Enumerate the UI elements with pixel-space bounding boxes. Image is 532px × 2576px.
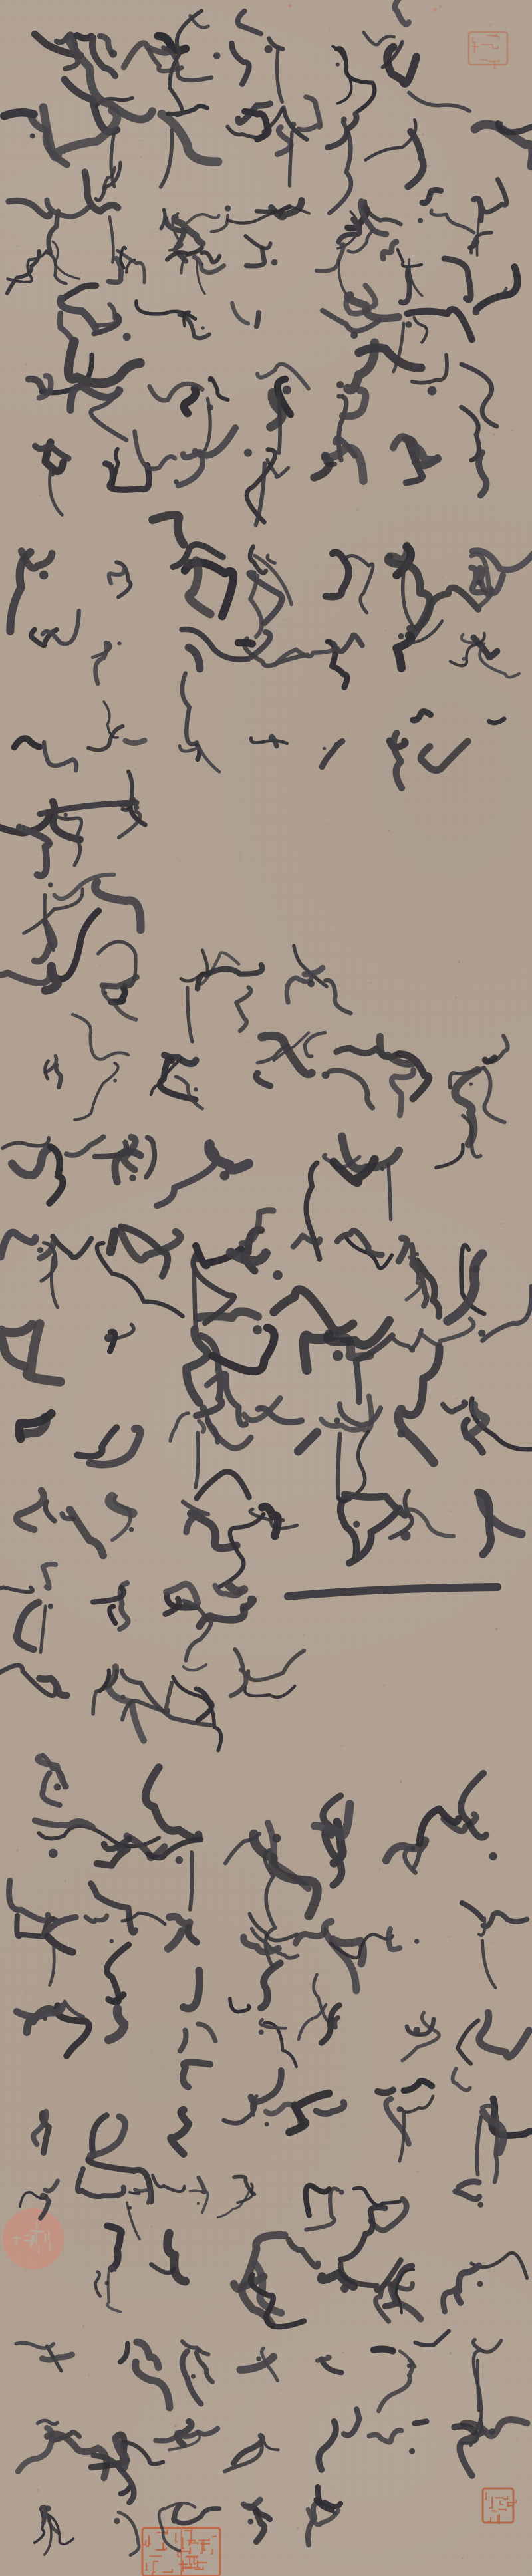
bottom-right-seal [483, 2488, 516, 2523]
calligraphy-row [19, 1348, 532, 1499]
long-brush-stroke [288, 1587, 497, 1596]
calligraphy-row [29, 341, 447, 460]
calligraphy-row [16, 2331, 501, 2446]
calligraphy-row [60, 259, 517, 372]
calligraphy-scroll-image [0, 0, 532, 2576]
calligraphy-row [18, 2409, 527, 2478]
top-right-seal [469, 32, 507, 69]
paper-texture-specks [17, 24, 518, 2559]
calligraphy-row [38, 1755, 66, 1805]
long-brush-stroke [462, 364, 497, 426]
calligraphy-row [3, 1070, 481, 1259]
calligraphy-row [20, 2169, 483, 2239]
ink-layer [0, 0, 532, 2576]
calligraphy-row [1, 1286, 531, 1415]
calligraphy-row [95, 2208, 527, 2327]
calligraphy-row [14, 674, 504, 788]
calligraphy-row [0, 1564, 253, 1661]
calligraphy-row [10, 515, 532, 639]
calligraphy-row [45, 1014, 508, 1122]
calligraphy-row [0, 772, 145, 865]
calligraphy-row [33, 2063, 532, 2202]
calligraphy-row [17, 1945, 529, 2067]
calligraphy-row [0, 911, 350, 1042]
calligraphy-row [0, 1649, 304, 1751]
bottom-center-seal [142, 2528, 220, 2576]
red-speckles [288, 4, 442, 11]
middle-left-circular-seal [3, 2209, 63, 2269]
